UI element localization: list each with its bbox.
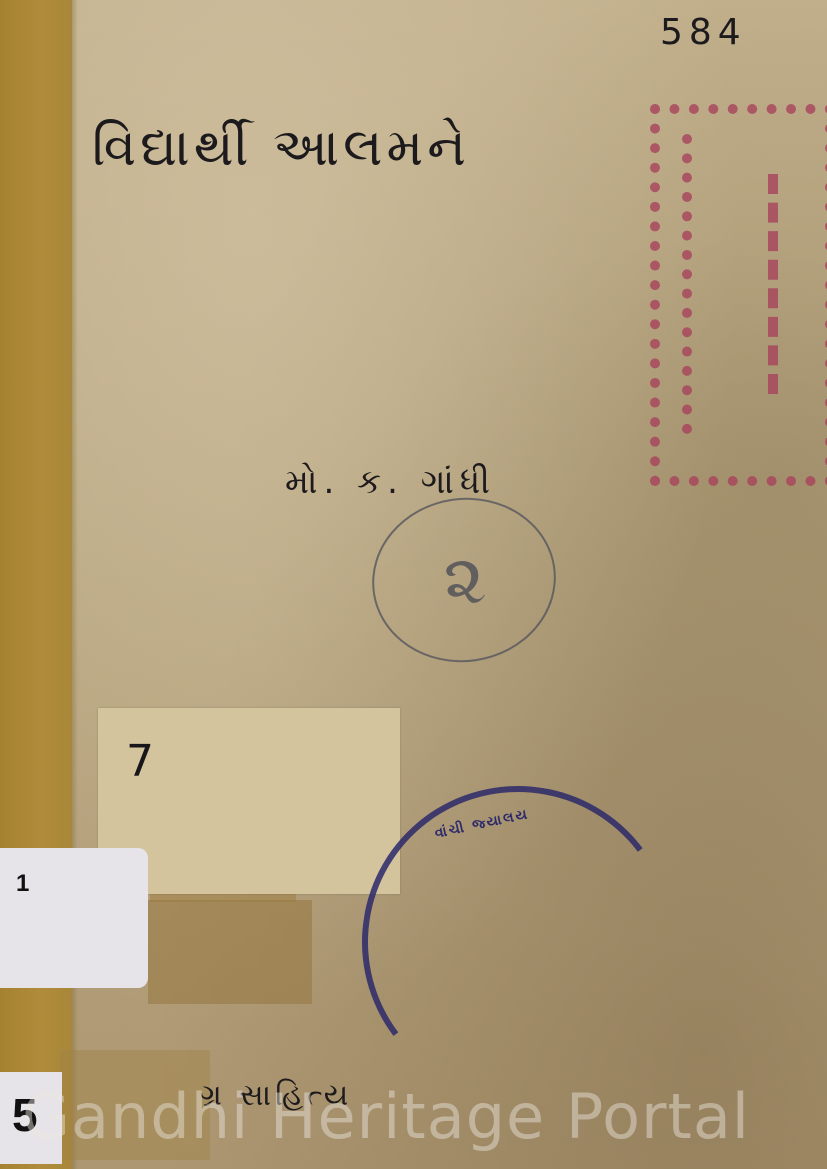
spine-tape — [0, 0, 72, 1169]
red-library-stamp — [650, 104, 827, 486]
stamp-text-column — [682, 134, 714, 434]
stamp-text-column — [768, 174, 790, 394]
shelf-sticker: 1 — [0, 848, 148, 988]
volume-number: ૨ — [364, 488, 565, 671]
paper-label-number: 7 — [126, 736, 154, 787]
book-author: મો. ક. ગાંધી — [285, 462, 496, 502]
blue-library-stamp: વાંચી જ્યાલય — [362, 786, 622, 946]
spine-shadow — [72, 0, 78, 1169]
tape-strip — [148, 900, 312, 1004]
book-title: વિદ્યાર્થી આલમને — [92, 118, 470, 179]
book-cover: 584 વિદ્યાર્થી આલમને મો. ક. ગાંધી ૨ 7 વા… — [0, 0, 827, 1169]
circled-volume-number: ૨ — [361, 486, 566, 674]
watermark: Gandhi Heritage Portal — [22, 1080, 750, 1153]
accession-number: 584 — [660, 12, 747, 53]
sticker-number: 1 — [16, 870, 29, 898]
